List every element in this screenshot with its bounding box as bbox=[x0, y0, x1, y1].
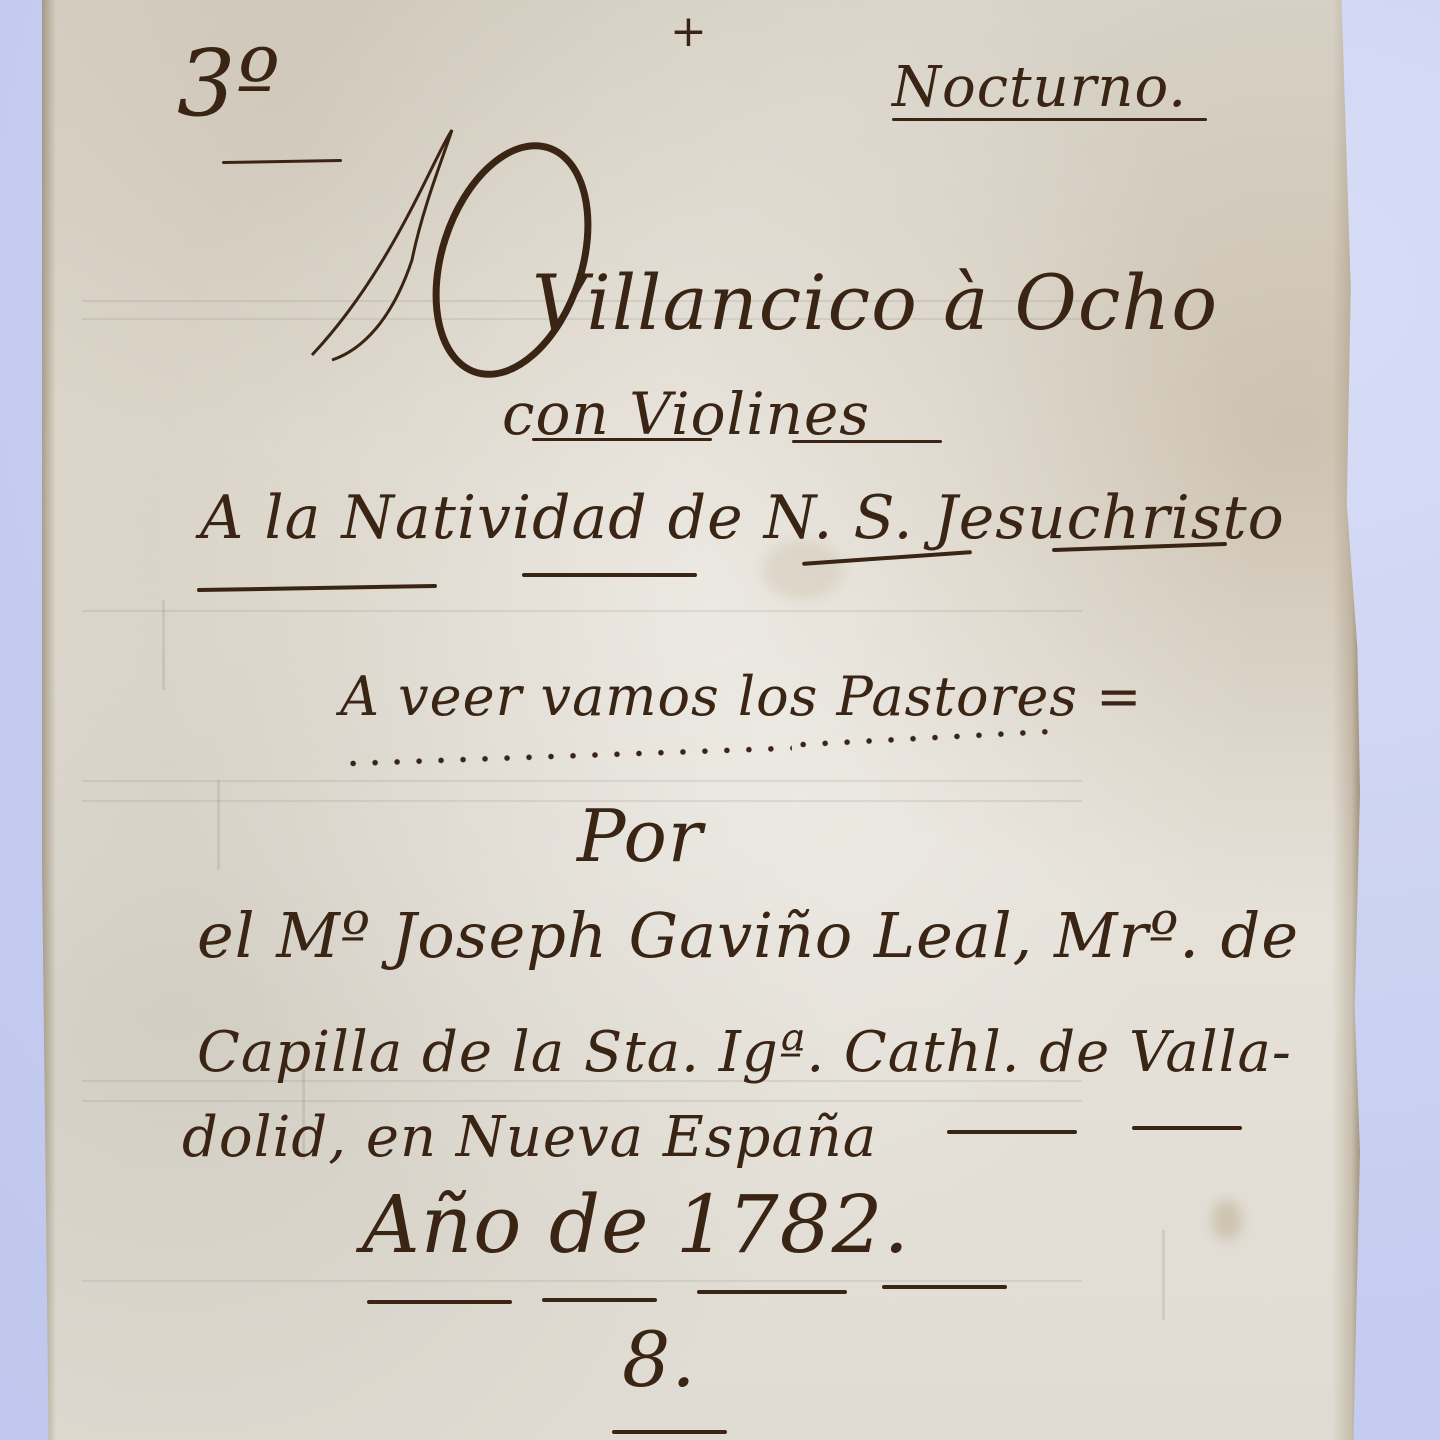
line-filler bbox=[947, 1130, 1077, 1134]
underline bbox=[367, 1300, 512, 1304]
title-villancico: Villancico à Ocho bbox=[532, 265, 1218, 341]
incipit-line: A veer vamos los Pastores = bbox=[340, 670, 1142, 724]
underline bbox=[792, 440, 942, 443]
composer-line-3: dolid, en Nueva España bbox=[182, 1110, 877, 1166]
dotted-leader bbox=[792, 728, 1062, 748]
dotted-leader bbox=[342, 745, 792, 767]
underline bbox=[222, 159, 342, 164]
bleed-through-line bbox=[82, 610, 1082, 612]
cross-mark: + bbox=[670, 10, 708, 54]
composer-line-1: el Mº Joseph Gaviño Leal, Mrº. de bbox=[197, 905, 1299, 967]
bleed-through-stem bbox=[162, 600, 165, 690]
nocturn-number: 3º bbox=[177, 38, 281, 130]
bleed-through-stem bbox=[1162, 1230, 1165, 1320]
underline bbox=[612, 1430, 727, 1434]
by-label: Por bbox=[577, 800, 703, 872]
manuscript-page: 3º + Nocturno. Villancico à Ocho con Vio… bbox=[42, 0, 1360, 1440]
bleed-through-line bbox=[82, 1100, 1082, 1102]
underline bbox=[197, 584, 437, 592]
underline bbox=[882, 1285, 1007, 1289]
underline bbox=[892, 118, 1207, 121]
part-number: 8. bbox=[622, 1322, 697, 1398]
line-filler bbox=[1132, 1126, 1242, 1130]
underline bbox=[542, 1298, 657, 1302]
bleed-through-line bbox=[82, 780, 1082, 782]
underline bbox=[522, 573, 697, 577]
nocturno-heading: Nocturno. bbox=[892, 60, 1187, 116]
underline bbox=[697, 1290, 847, 1294]
composer-line-2: Capilla de la Sta. Igª. Cathl. de Valla- bbox=[197, 1025, 1292, 1081]
dedication-line: A la Natividad de N. S. Jesuchristo bbox=[200, 488, 1285, 548]
bleed-through-line bbox=[82, 1280, 1082, 1282]
title-con-violines: con Violines bbox=[502, 385, 870, 443]
bleed-through-stem bbox=[217, 780, 220, 870]
year-line: Año de 1782. bbox=[362, 1185, 910, 1265]
paper-stain bbox=[1212, 1200, 1242, 1240]
underline bbox=[532, 438, 712, 441]
